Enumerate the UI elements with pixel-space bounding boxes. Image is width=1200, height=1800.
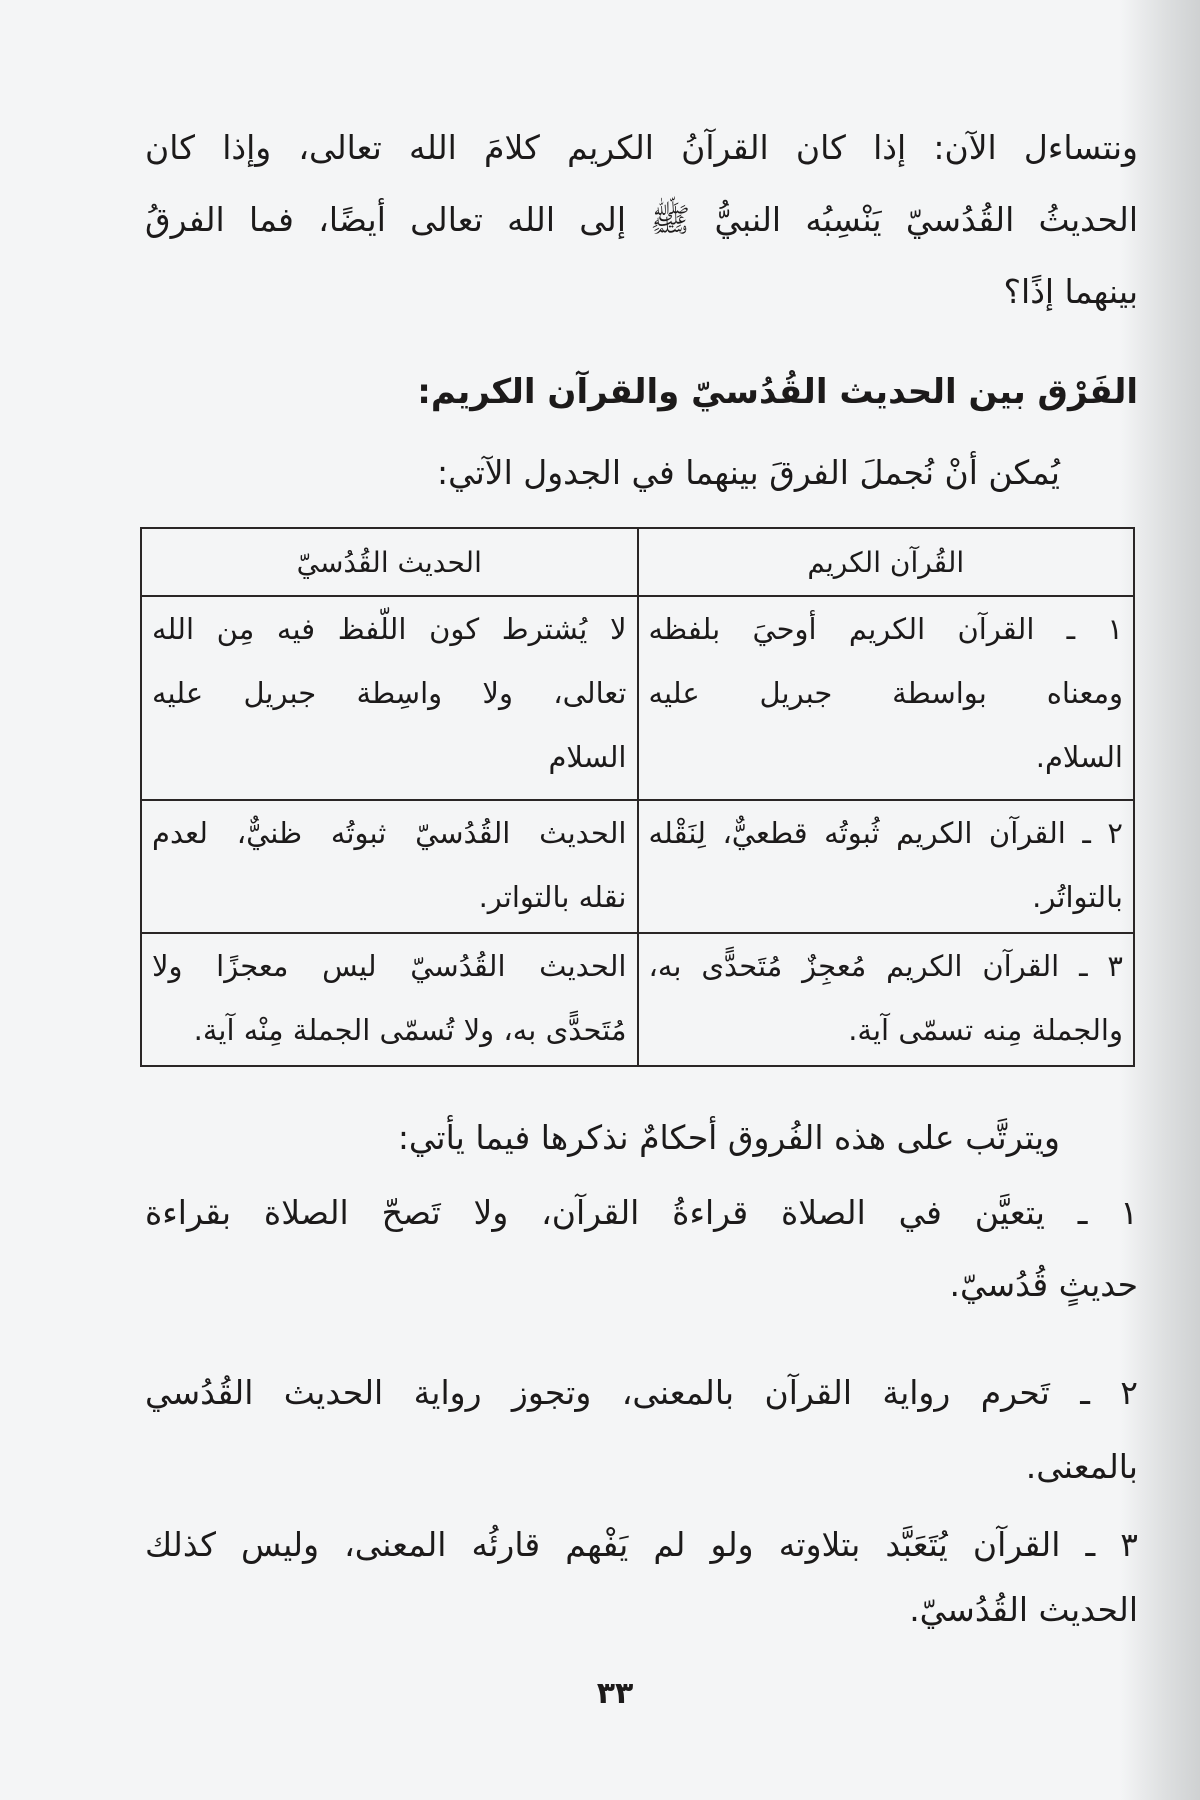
table-row: ٢ ـ القرآن الكريم ثُبوتُه قطعيٌّ، لِنَقْ… [141,800,1134,933]
table-row: ٣ ـ القرآن الكريم مُعجِزٌ مُتَحدًّى به، … [141,933,1134,1066]
ruling-line: حديثٍ قُدُسيّ. [949,1263,1138,1307]
cell-line: السلام [152,725,627,789]
section-heading: الفَرْق بين الحديث القُدُسيّ والقرآن الك… [417,370,1138,414]
cell-line: لا يُشترط كون اللّفظ فيه مِن الله [152,597,627,661]
ruling-line: ٢ ـ تَحرم رواية القرآن بالمعنى، وتجوز رو… [145,1371,1138,1415]
intro-line-2: الحديثُ القُدُسيّ يَنْسِبُه النبيُّ ﷺ إل… [145,198,1138,242]
cell-line: ٢ ـ القرآن الكريم ثُبوتُه قطعيٌّ، لِنَقْ… [649,801,1124,865]
ruling-line: ١ ـ يتعيَّن في الصلاة قراءةُ القرآن، ولا… [145,1191,1138,1235]
cell-qudsi: الحديث القُدُسيّ ليس معجزًا ولا مُتَحدًّ… [141,933,638,1066]
cell-line: ٣ ـ القرآن الكريم مُعجِزٌ مُتَحدًّى به، [649,934,1124,998]
cell-line: تعالى، ولا واسِطة جبريل عليه [152,661,627,725]
cell-quran: ٣ ـ القرآن الكريم مُعجِزٌ مُتَحدًّى به، … [638,933,1135,1066]
cell-line: مُتَحدًّى به، ولا تُسمّى الجملة مِنْه آي… [152,998,627,1062]
ruling-line: بالمعنى. [1026,1445,1138,1489]
cell-line: بالتواتُر. [649,865,1124,929]
table-header-row: القُرآن الكريم الحديث القُدُسيّ [141,528,1134,596]
comparison-table: القُرآن الكريم الحديث القُدُسيّ ١ ـ القر… [140,527,1135,1067]
cell-line: الحديث القُدُسيّ ثبوتُه ظنيٌّ، لعدم [152,801,627,865]
cell-line: السلام. [649,725,1124,789]
intro-line-3: بينهما إذًا؟ [1004,270,1138,314]
cell-line: ١ ـ القرآن الكريم أوحيَ بلفظه [649,597,1124,661]
cell-line: والجملة مِنه تسمّى آية. [649,998,1124,1062]
cell-qudsi: لا يُشترط كون اللّفظ فيه مِن الله تعالى،… [141,596,638,800]
cell-line: الحديث القُدُسيّ ليس معجزًا ولا [152,934,627,998]
rulings-intro: ويترتَّب على هذه الفُروق أحكامٌ نذكرها ف… [398,1116,1060,1160]
page-number: ٣٣ [0,1676,1200,1711]
table-row: ١ ـ القرآن الكريم أوحيَ بلفظه ومعناه بوا… [141,596,1134,800]
cell-line: ومعناه بواسطة جبريل عليه [649,661,1124,725]
cell-quran: ١ ـ القرآن الكريم أوحيَ بلفظه ومعناه بوا… [638,596,1135,800]
intro-line-1: ونتساءل الآن: إذا كان القرآنُ الكريم كلا… [145,126,1138,170]
cell-line: نقله بالتواتر. [152,865,627,929]
ruling-line: ٣ ـ القرآن يُتَعَبَّد بتلاوته ولو لم يَف… [145,1523,1138,1567]
ruling-line: الحديث القُدُسيّ. [909,1588,1138,1632]
cell-quran: ٢ ـ القرآن الكريم ثُبوتُه قطعيٌّ، لِنَقْ… [638,800,1135,933]
header-quran: القُرآن الكريم [638,528,1135,596]
header-hadith-qudsi: الحديث القُدُسيّ [141,528,638,596]
cell-qudsi: الحديث القُدُسيّ ثبوتُه ظنيٌّ، لعدم نقله… [141,800,638,933]
table-intro-text: يُمكن أنْ نُجملَ الفرقَ بينهما في الجدول… [437,451,1060,495]
